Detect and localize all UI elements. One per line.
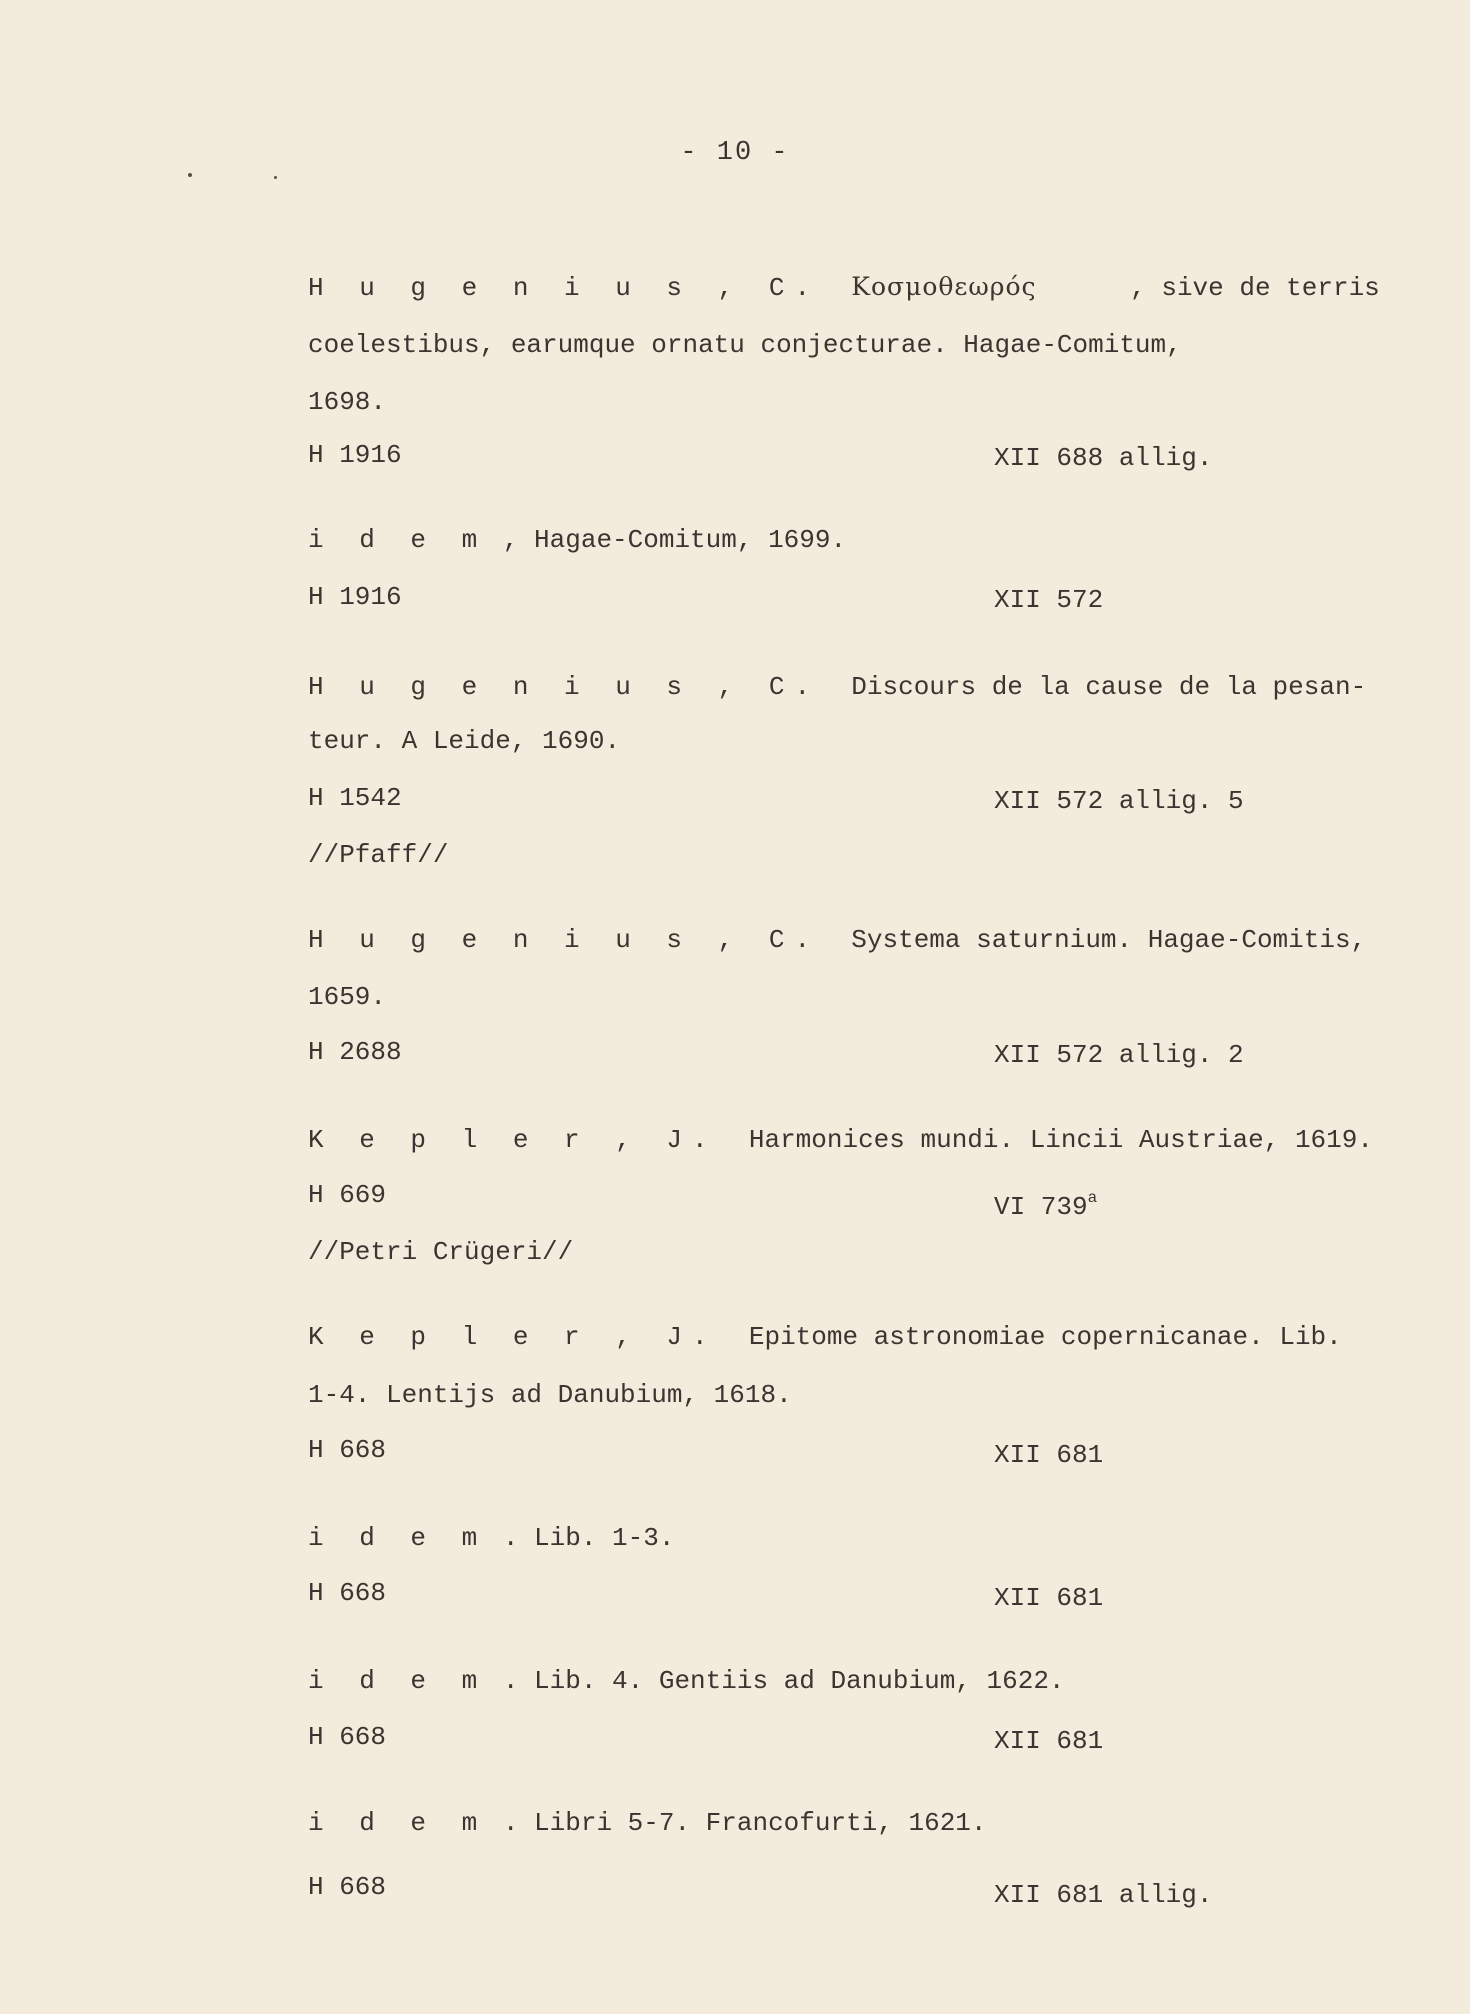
shelfmark: XII 681 bbox=[994, 1726, 1103, 1756]
provenance-note: //Pfaff// bbox=[308, 840, 448, 870]
entry-heading: H u g e n i u s , C. Discours de la caus… bbox=[308, 672, 1366, 702]
call-number: H 668 bbox=[308, 1722, 386, 1752]
call-number: H 2688 bbox=[308, 1037, 402, 1067]
author: i d e m bbox=[308, 1523, 487, 1553]
document-page: - 10 - H u g e n i u s , C. Κοσμοθεωρός … bbox=[0, 0, 1470, 2014]
page-number: - 10 - bbox=[0, 138, 1470, 168]
call-number: H 1916 bbox=[308, 440, 402, 470]
shelfmark: XII 572 allig. 2 bbox=[994, 1040, 1244, 1070]
title-text: . Libri 5-7. Francofurti, 1621. bbox=[503, 1808, 987, 1838]
shelfmark-number: VI 739 bbox=[994, 1192, 1088, 1222]
title-text: , sive de terris bbox=[1130, 273, 1380, 303]
call-number: H 668 bbox=[308, 1872, 386, 1902]
title-text: . Lib. 1-3. bbox=[503, 1523, 675, 1553]
entry-heading: H u g e n i u s , C. Systema saturnium. … bbox=[308, 925, 1366, 955]
shelfmark: VI 739a bbox=[994, 1183, 1097, 1222]
title-text: , Hagae-Comitum, 1699. bbox=[503, 525, 846, 555]
title-text: Systema saturnium. Hagae-Comitis, bbox=[851, 925, 1366, 955]
entry-heading: i d e m . Lib. 1-3. bbox=[308, 1523, 674, 1553]
shelfmark: XII 688 allig. bbox=[994, 443, 1212, 473]
shelfmark: XII 681 allig. bbox=[994, 1880, 1212, 1910]
title-text: 1-4. Lentijs ad Danubium, 1618. bbox=[308, 1380, 792, 1410]
title-text: teur. A Leide, 1690. bbox=[308, 726, 620, 756]
shelfmark-superscript: a bbox=[1088, 1189, 1098, 1207]
author: K e p l e r , J. bbox=[308, 1322, 718, 1352]
call-number: H 1542 bbox=[308, 783, 402, 813]
shelfmark: XII 681 bbox=[994, 1440, 1103, 1470]
author: i d e m bbox=[308, 525, 487, 555]
title-text: coelestibus, earumque ornatu conjecturae… bbox=[308, 330, 1182, 360]
author: H u g e n i u s , C. bbox=[308, 925, 820, 955]
entry-heading: K e p l e r , J. Epitome astronomiae cop… bbox=[308, 1322, 1342, 1352]
call-number: H 669 bbox=[308, 1180, 386, 1210]
entry-heading: i d e m , Hagae-Comitum, 1699. bbox=[308, 525, 846, 555]
provenance-note: //Petri Crügeri// bbox=[308, 1237, 573, 1267]
call-number: H 668 bbox=[308, 1435, 386, 1465]
author: i d e m bbox=[308, 1666, 487, 1696]
entry-heading: H u g e n i u s , C. Κοσμοθεωρός , sive … bbox=[308, 272, 1380, 303]
shelfmark: XII 572 bbox=[994, 585, 1103, 615]
entry-heading: i d e m . Libri 5-7. Francofurti, 1621. bbox=[308, 1808, 987, 1838]
entry-heading: i d e m . Lib. 4. Gentiis ad Danubium, 1… bbox=[308, 1666, 1065, 1696]
title-text: 1659. bbox=[308, 982, 386, 1012]
greek-title: Κοσμοθεωρός bbox=[851, 272, 1036, 301]
title-text: Epitome astronomiae copernicanae. Lib. bbox=[749, 1322, 1342, 1352]
call-number: H 668 bbox=[308, 1578, 386, 1608]
title-text: . Lib. 4. Gentiis ad Danubium, 1622. bbox=[503, 1666, 1065, 1696]
shelfmark: XII 572 allig. 5 bbox=[994, 786, 1244, 816]
title-text: Discours de la cause de la pesan- bbox=[851, 672, 1366, 702]
author: K e p l e r , J. bbox=[308, 1125, 718, 1155]
author: H u g e n i u s , C. bbox=[308, 672, 820, 702]
call-number: H 1916 bbox=[308, 582, 402, 612]
paper-speck bbox=[274, 176, 277, 179]
title-text: Harmonices mundi. Lincii Austriae, 1619. bbox=[749, 1125, 1373, 1155]
paper-speck bbox=[188, 173, 192, 177]
entry-heading: K e p l e r , J. Harmonices mundi. Linci… bbox=[308, 1125, 1373, 1155]
title-text: 1698. bbox=[308, 387, 386, 417]
shelfmark: XII 681 bbox=[994, 1583, 1103, 1613]
author: i d e m bbox=[308, 1808, 487, 1838]
author: H u g e n i u s , C. bbox=[308, 273, 820, 303]
